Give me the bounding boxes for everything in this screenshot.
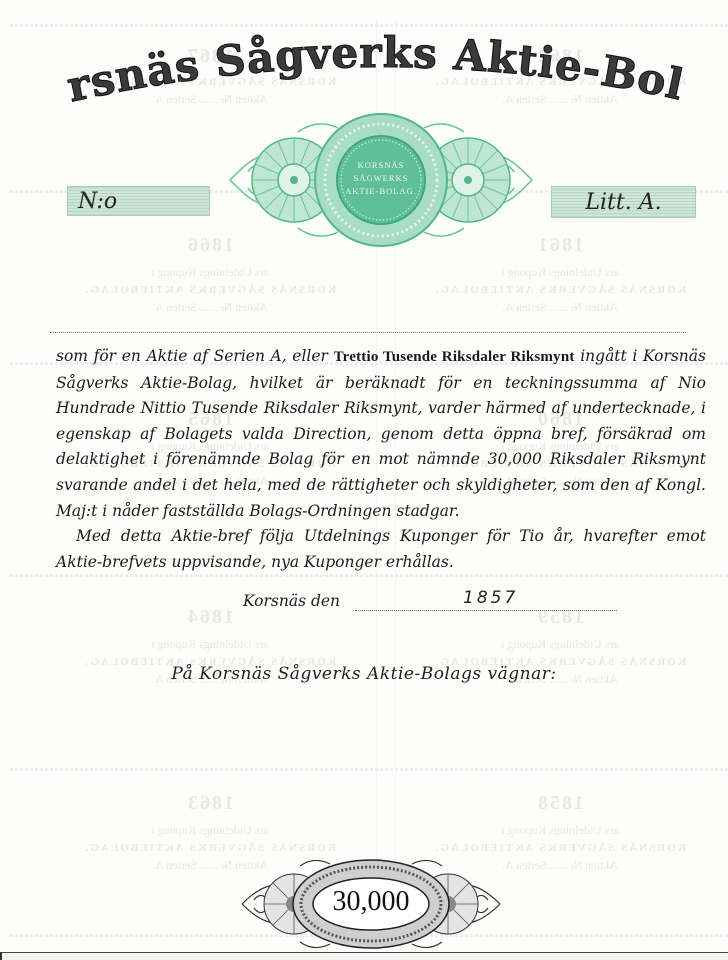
scan-edge: [0, 952, 728, 960]
company-seal: KORSNÄS SÅGWERKS AKTIE-BOLAG.: [228, 112, 534, 248]
signature-line: På Korsnäs Sågverks Aktie-Bolags vägnar:: [0, 664, 728, 684]
value-amount: 30,000: [240, 886, 502, 918]
date-place: Korsnäs den: [243, 592, 340, 610]
dotted-separator: [50, 332, 686, 333]
value-emblem: 30,000: [240, 856, 502, 952]
seal-line-2: SÅGWERKS: [354, 173, 409, 183]
company-title-text: Korsnäs Sågverks Aktie-Bolag.: [60, 22, 689, 111]
body-text-lead: som för en Aktie af Serien A, eller: [56, 347, 328, 365]
amount-in-words: Trettio Tusende Riksdaler Riksmynt: [334, 349, 575, 365]
number-label: N:o: [78, 189, 117, 214]
certificate-number-field: N:o: [67, 186, 210, 216]
seal-line-3: AKTIE-BOLAG.: [345, 186, 417, 196]
seal-line-1: KORSNÄS: [358, 160, 405, 170]
certificate-page: 1867 KORSNÄS SÅGVERKS AKTIEBOLAG.Aktien …: [0, 0, 728, 960]
date-line: Korsnäs den 1857: [243, 592, 623, 616]
date-year: 1857: [463, 588, 518, 608]
certificate-body: som för en Aktie af Serien A, eller Tret…: [56, 344, 706, 575]
ghost-rule: [10, 768, 728, 771]
body-paragraph-2: Med detta Aktie-bref följa Utdelnings Ku…: [56, 524, 706, 575]
svg-text:Korsnäs Sågverks Aktie-Bolag.: Korsnäs Sågverks Aktie-Bolag.: [60, 22, 689, 111]
litt-field: Litt. A.: [551, 186, 696, 218]
litt-label: Litt. A.: [585, 190, 661, 215]
company-title: Korsnäs Sågverks Aktie-Bolag.: [60, 22, 700, 112]
date-fill-line: [355, 610, 617, 611]
body-paragraph-1: som för en Aktie af Serien A, eller Tret…: [56, 344, 706, 524]
body-text-main: ingått i Korsnäs Sågverks Aktie-Bolag, h…: [56, 347, 706, 520]
